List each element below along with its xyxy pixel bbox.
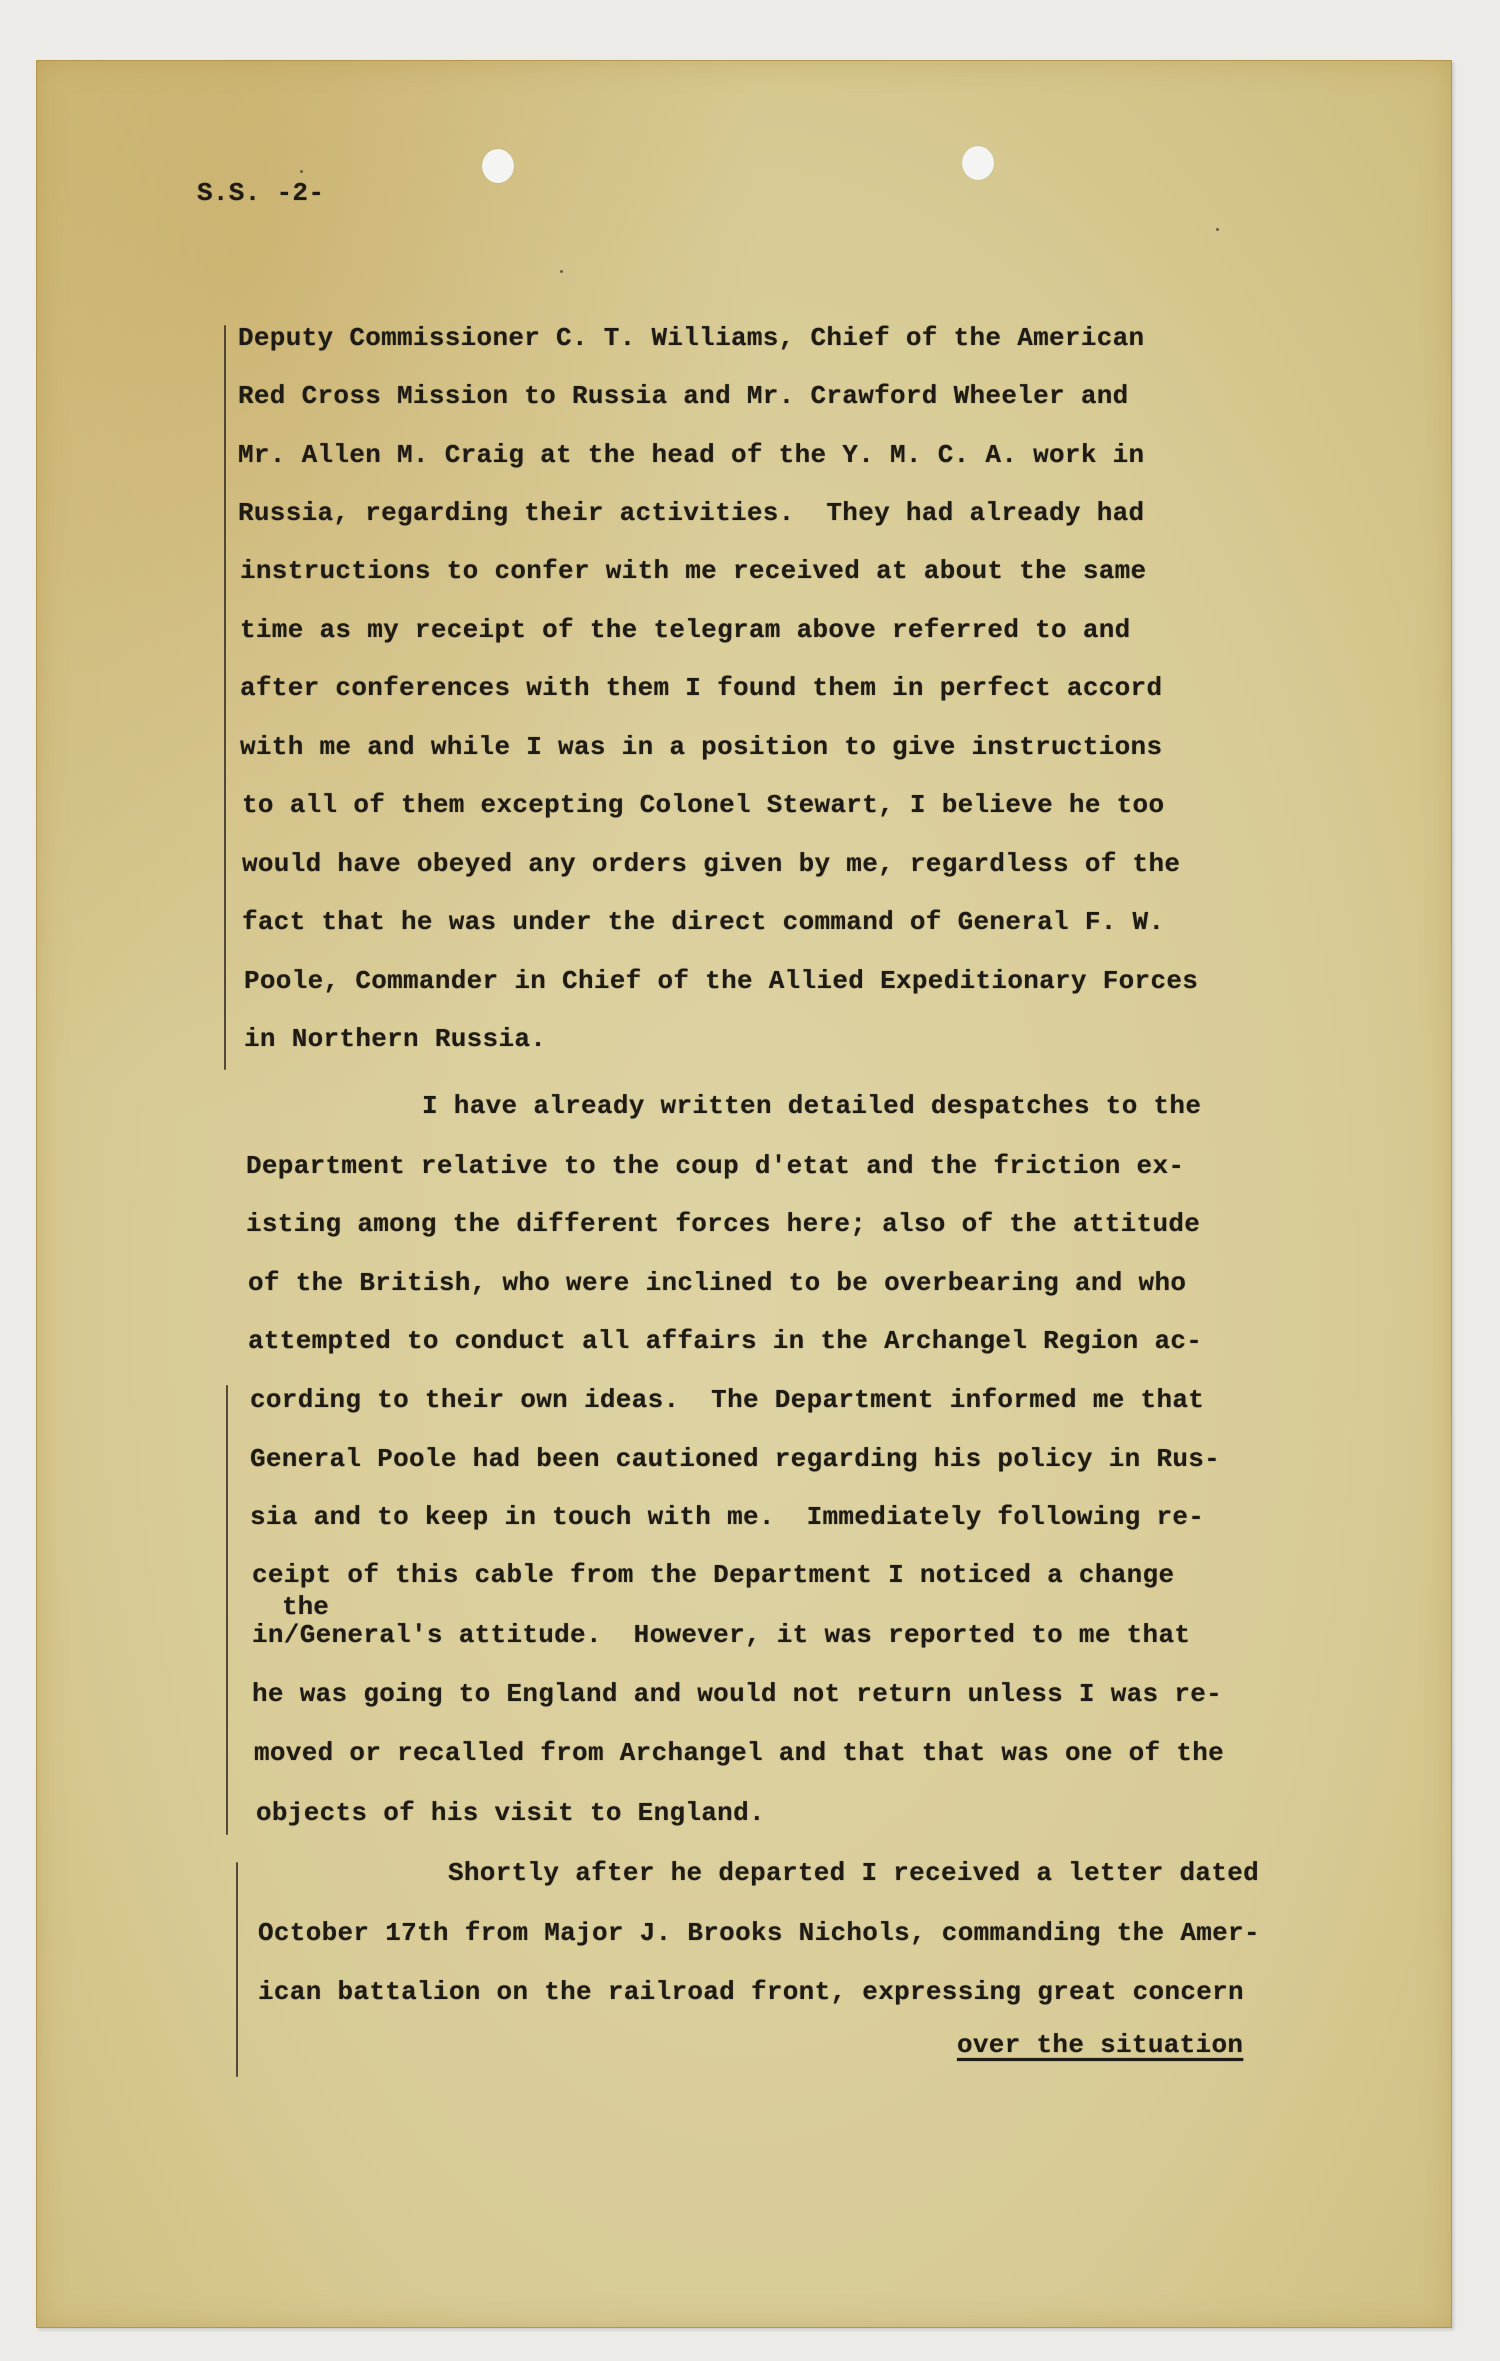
paragraph-2-line: attempted to conduct all affairs in the … — [248, 1328, 1202, 1354]
paragraph-2-line: of the British, who were inclined to be … — [248, 1270, 1186, 1296]
continuation-catchword: over the situation — [957, 2032, 1243, 2058]
paragraph-2-line: I have already written detailed despatch… — [422, 1093, 1201, 1119]
paragraph-2-line: moved or recalled from Archangel and tha… — [254, 1740, 1224, 1766]
paragraph-1-line: would have obeyed any orders given by me… — [242, 851, 1180, 877]
margin-mark-line — [226, 1385, 228, 1835]
margin-mark-line — [236, 1862, 238, 2077]
paragraph-1-line: fact that he was under the direct comman… — [242, 909, 1164, 935]
paragraph-2-line: General Poole had been cautioned regardi… — [250, 1446, 1220, 1472]
paragraph-1-line: in Northern Russia. — [244, 1026, 546, 1052]
paragraph-1-line: time as my receipt of the telegram above… — [240, 617, 1131, 643]
punch-hole — [962, 146, 994, 180]
ink-speck — [560, 270, 563, 273]
paragraph-3-line: October 17th from Major J. Brooks Nichol… — [258, 1920, 1260, 1946]
interlinear-insertion: the — [282, 1594, 329, 1620]
paragraph-1-line: instructions to confer with me received … — [240, 558, 1146, 584]
paragraph-3-line: ican battalion on the railroad front, ex… — [258, 1979, 1244, 2005]
paragraph-2-line: he was going to England and would not re… — [252, 1681, 1222, 1707]
paragraph-1-line: with me and while I was in a position to… — [240, 734, 1162, 760]
margin-mark-line — [224, 325, 226, 1070]
paragraph-2-line: ceipt of this cable from the Department … — [252, 1562, 1174, 1588]
paragraph-2-line: isting among the different forces here; … — [246, 1211, 1200, 1237]
paragraph-1-line: Mr. Allen M. Craig at the head of the Y.… — [238, 442, 1144, 468]
ink-speck — [300, 170, 303, 173]
page-header: S.S. -2- — [197, 180, 324, 206]
ink-speck — [1216, 228, 1219, 231]
paragraph-2-line: in/General's attitude. However, it was r… — [252, 1622, 1190, 1648]
paragraph-2-line: cording to their own ideas. The Departme… — [250, 1387, 1204, 1413]
paragraph-3-line: Shortly after he departed I received a l… — [448, 1860, 1259, 1886]
paragraph-2-line: objects of his visit to England. — [256, 1800, 765, 1826]
paragraph-2-line: sia and to keep in touch with me. Immedi… — [250, 1504, 1204, 1530]
paragraph-1-line: Red Cross Mission to Russia and Mr. Craw… — [238, 383, 1129, 409]
paragraph-1-line: Deputy Commissioner C. T. Williams, Chie… — [238, 325, 1144, 351]
punch-hole — [482, 149, 514, 183]
paragraph-1-line: Russia, regarding their activities. They… — [238, 500, 1144, 526]
paragraph-1-line: Poole, Commander in Chief of the Allied … — [244, 968, 1198, 994]
paragraph-1-line: after conferences with them I found them… — [240, 675, 1162, 701]
paragraph-1-line: to all of them excepting Colonel Stewart… — [242, 792, 1164, 818]
paragraph-2-line: Department relative to the coup d'etat a… — [246, 1153, 1184, 1179]
